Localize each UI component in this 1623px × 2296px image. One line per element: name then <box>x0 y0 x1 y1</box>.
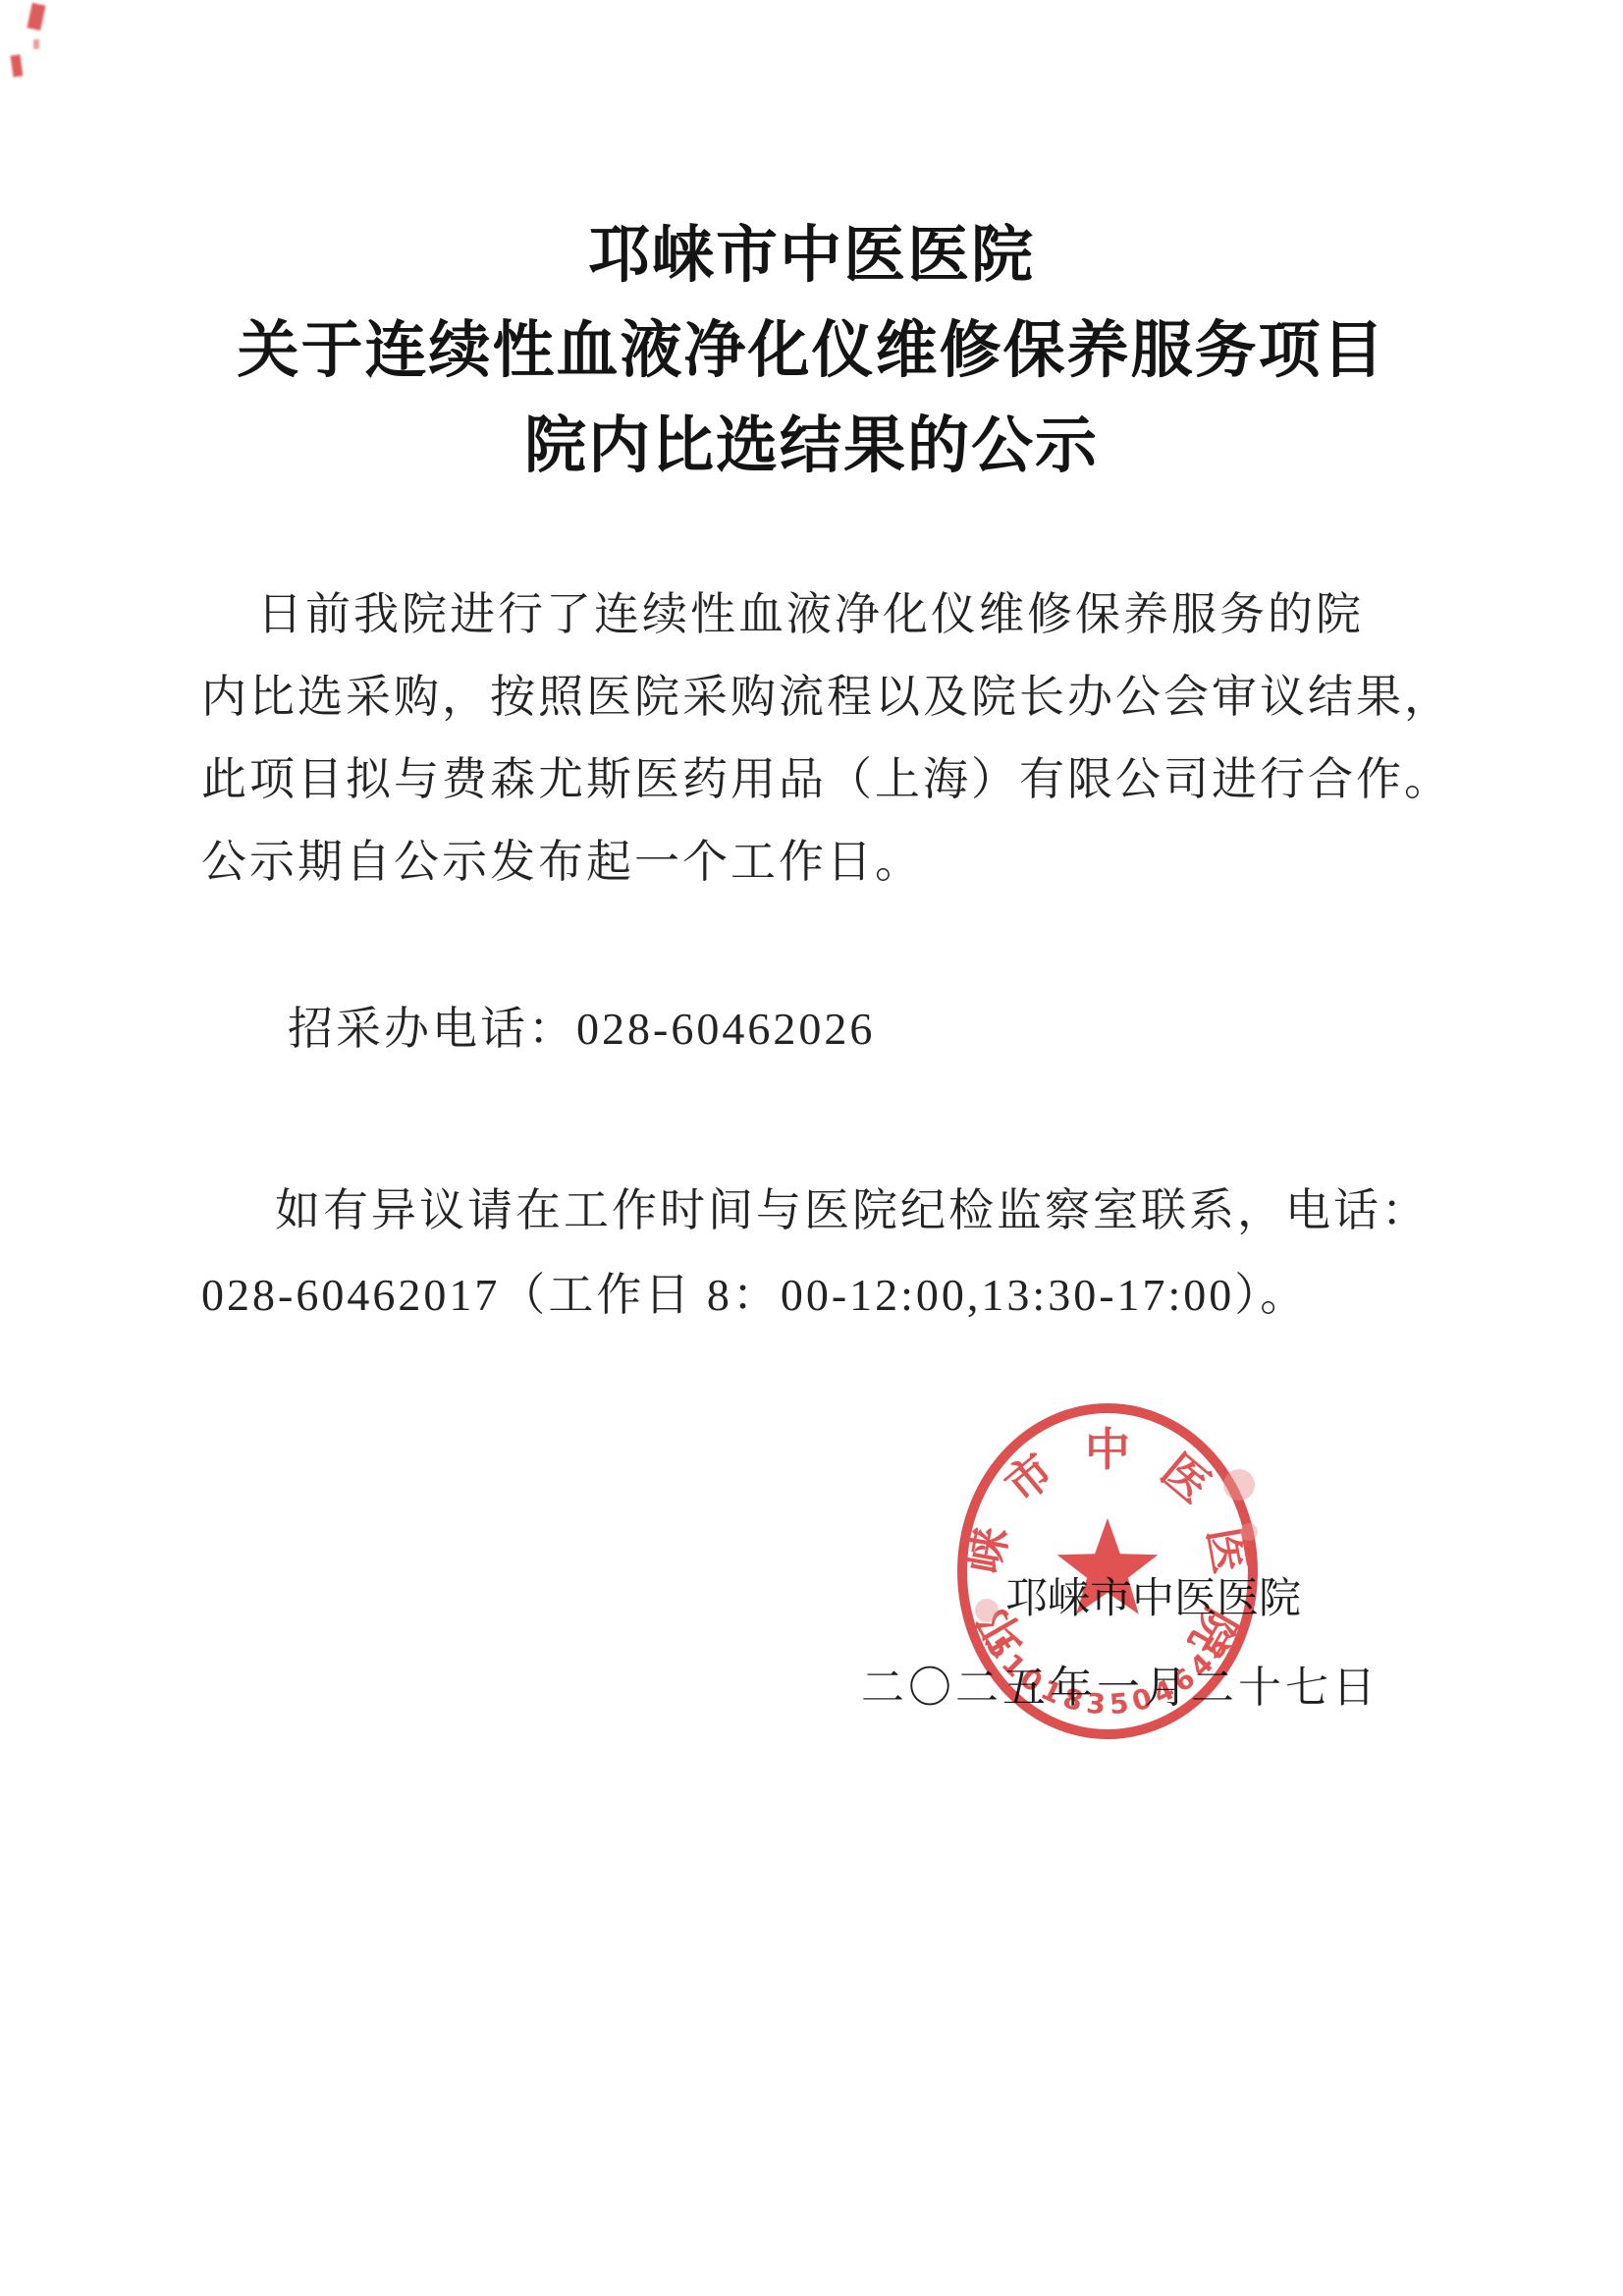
seal-ring-text-char: 医 <box>1152 1445 1218 1512</box>
paragraph1-line3: 此项目拟与费森尤斯医药用品（上海）有限公司进行合作。 <box>201 752 1438 806</box>
scan-artifact-mark <box>27 3 45 30</box>
title-line-hospital: 邛崃市中医医院 <box>0 208 1623 303</box>
document-title: 邛崃市中医医院 关于连续性血液净化仪维修保养服务项目 院内比选结果的公示 <box>0 208 1623 494</box>
seal-ring-text-char: 市 <box>997 1445 1063 1512</box>
scan-artifact-mark <box>11 54 24 77</box>
signature-organization: 邛崃市中医医院 <box>1005 1565 1301 1625</box>
title-line-result: 院内比选结果的公示 <box>0 399 1623 494</box>
scan-artifact-mark <box>33 39 39 49</box>
paragraph1-line4: 公示期自公示发布起一个工作日。 <box>201 835 1438 889</box>
seal-ring-text-char: 中 <box>1085 1425 1130 1475</box>
paragraph1-line2: 内比选采购，按照医院采购流程以及院长办公会审议结果， <box>201 670 1438 724</box>
seal-ink-smudge <box>1240 1523 1258 1541</box>
procurement-phone-line: 招采办电话：028-60462026 <box>201 1002 1525 1056</box>
signature-date: 二〇二五年一月二十七日 <box>861 1652 1380 1715</box>
title-line-project: 关于连续性血液净化仪维修保养服务项目 <box>0 303 1623 399</box>
seal-ink-smudge <box>975 1599 999 1622</box>
paragraph1-line1: 日前我院进行了连续性血液净化仪维修保养服务的院 <box>201 587 1494 641</box>
objection-line1: 如有异议请在工作时间与医院纪检监察室联系，电话： <box>201 1183 1512 1237</box>
document-page: 邛崃市中医医院 关于连续性血液净化仪维修保养服务项目 院内比选结果的公示 日前我… <box>0 0 1623 2296</box>
objection-line2: 028-60462017（工作日 8：00-12:00,13:30-17:00）… <box>201 1268 1438 1322</box>
seal-ink-smudge <box>1223 1469 1255 1501</box>
